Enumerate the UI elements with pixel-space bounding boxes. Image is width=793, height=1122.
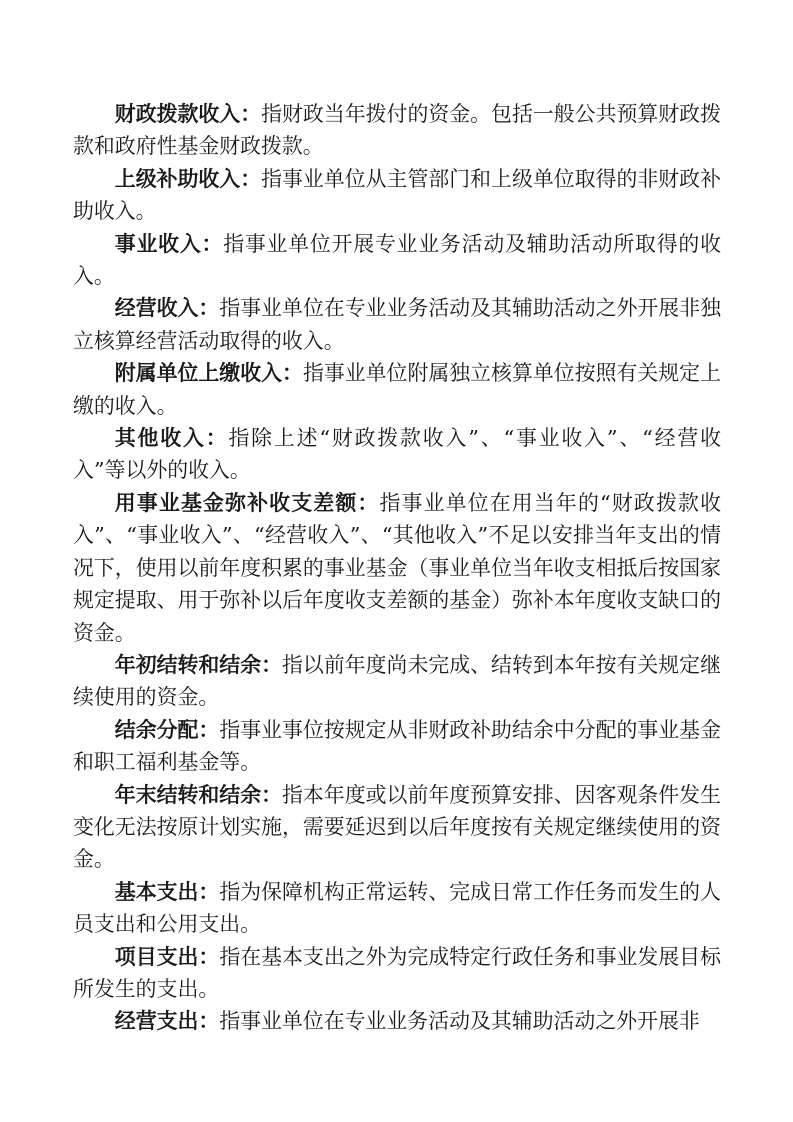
definition-text: 指事业单位在专业业务活动及其辅助活动之外开展非 [219,1009,700,1033]
definition-term: 项目支出 [115,945,199,969]
definition-colon: ： [357,490,379,515]
definition-colon: ： [240,101,261,126]
definition-term: 其他收入 [115,426,206,450]
definition-colon: ： [282,360,303,385]
definition-term: 附属单位上缴收入 [115,361,282,385]
definition-term: 经营支出 [115,1009,199,1033]
definition-term: 经营收入 [115,296,199,320]
definition-paragraph-fiscal-appropriation-income: 财政拨款收入：指财政当年拨付的资金。包括一般公共预算财政拨款和政府性基金财政拨款… [73,98,721,163]
definition-term: 财政拨款收入 [115,102,240,126]
definition-term: 基本支出 [115,880,199,904]
definition-colon: ： [240,166,261,191]
definition-term: 用事业基金弥补收支差额 [115,491,358,515]
definition-colon: ： [261,782,282,807]
definition-term: 年末结转和结余 [115,783,261,807]
definition-paragraph-operating-income: 经营收入：指事业单位在专业业务活动及其辅助活动之外开展非独立核算经营活动取得的收… [73,292,721,357]
definition-colon: ： [198,717,219,742]
definition-term: 结余分配 [115,718,199,742]
definition-paragraph-surplus-distribution: 结余分配：指事业事位按规定从非财政补助结余中分配的事业基金和职工福利基金等。 [73,714,721,779]
definition-paragraph-other-income: 其他收入：指除上述“财政拨款收入”、“事业收入”、“经营收入”等以外的收入。 [73,422,721,487]
definition-paragraph-project-expenditure: 项目支出：指在基本支出之外为完成特定行政任务和事业发展目标所发生的支出。 [73,941,721,1006]
definition-term: 事业收入 [115,232,202,256]
definition-paragraph-affiliated-unit-income: 附属单位上缴收入：指事业单位附属独立核算单位按照有关规定上缴的收入。 [73,357,721,422]
definition-colon: ： [261,652,282,677]
definition-paragraph-superior-subsidy-income: 上级补助收入：指事业单位从主管部门和上级单位取得的非财政补助收入。 [73,163,721,228]
definition-colon: ： [198,879,219,904]
definition-term: 年初结转和结余 [115,653,261,677]
definition-paragraph-business-fund-offset: 用事业基金弥补收支差额：指事业单位在用当年的“财政拨款收入”、“事业收入”、“经… [73,487,721,649]
definition-colon: ： [198,944,219,969]
definition-paragraph-basic-expenditure: 基本支出：指为保障机构正常运转、完成日常工作任务而发生的人员支出和公用支出。 [73,876,721,941]
definition-colon: ： [206,425,229,450]
definition-colon: ： [202,231,224,256]
definition-paragraph-beginning-carryover: 年初结转和结余：指以前年度尚未完成、结转到本年按有关规定继续使用的资金。 [73,649,721,714]
definition-colon: ： [198,295,219,320]
definition-paragraph-operating-expenditure: 经营支出：指事业单位在专业业务活动及其辅助活动之外开展非 [73,1005,721,1037]
definition-colon: ： [198,1008,219,1033]
definition-paragraph-business-income: 事业收入：指事业单位开展专业业务活动及辅助活动所取得的收入。 [73,228,721,293]
definition-paragraph-year-end-carryover: 年末结转和结余：指本年度或以前年度预算安排、因客观条件发生变化无法按原计划实施，… [73,779,721,876]
definition-term: 上级补助收入 [115,167,240,191]
document-page: 财政拨款收入：指财政当年拨付的资金。包括一般公共预算财政拨款和政府性基金财政拨款… [73,98,721,1038]
